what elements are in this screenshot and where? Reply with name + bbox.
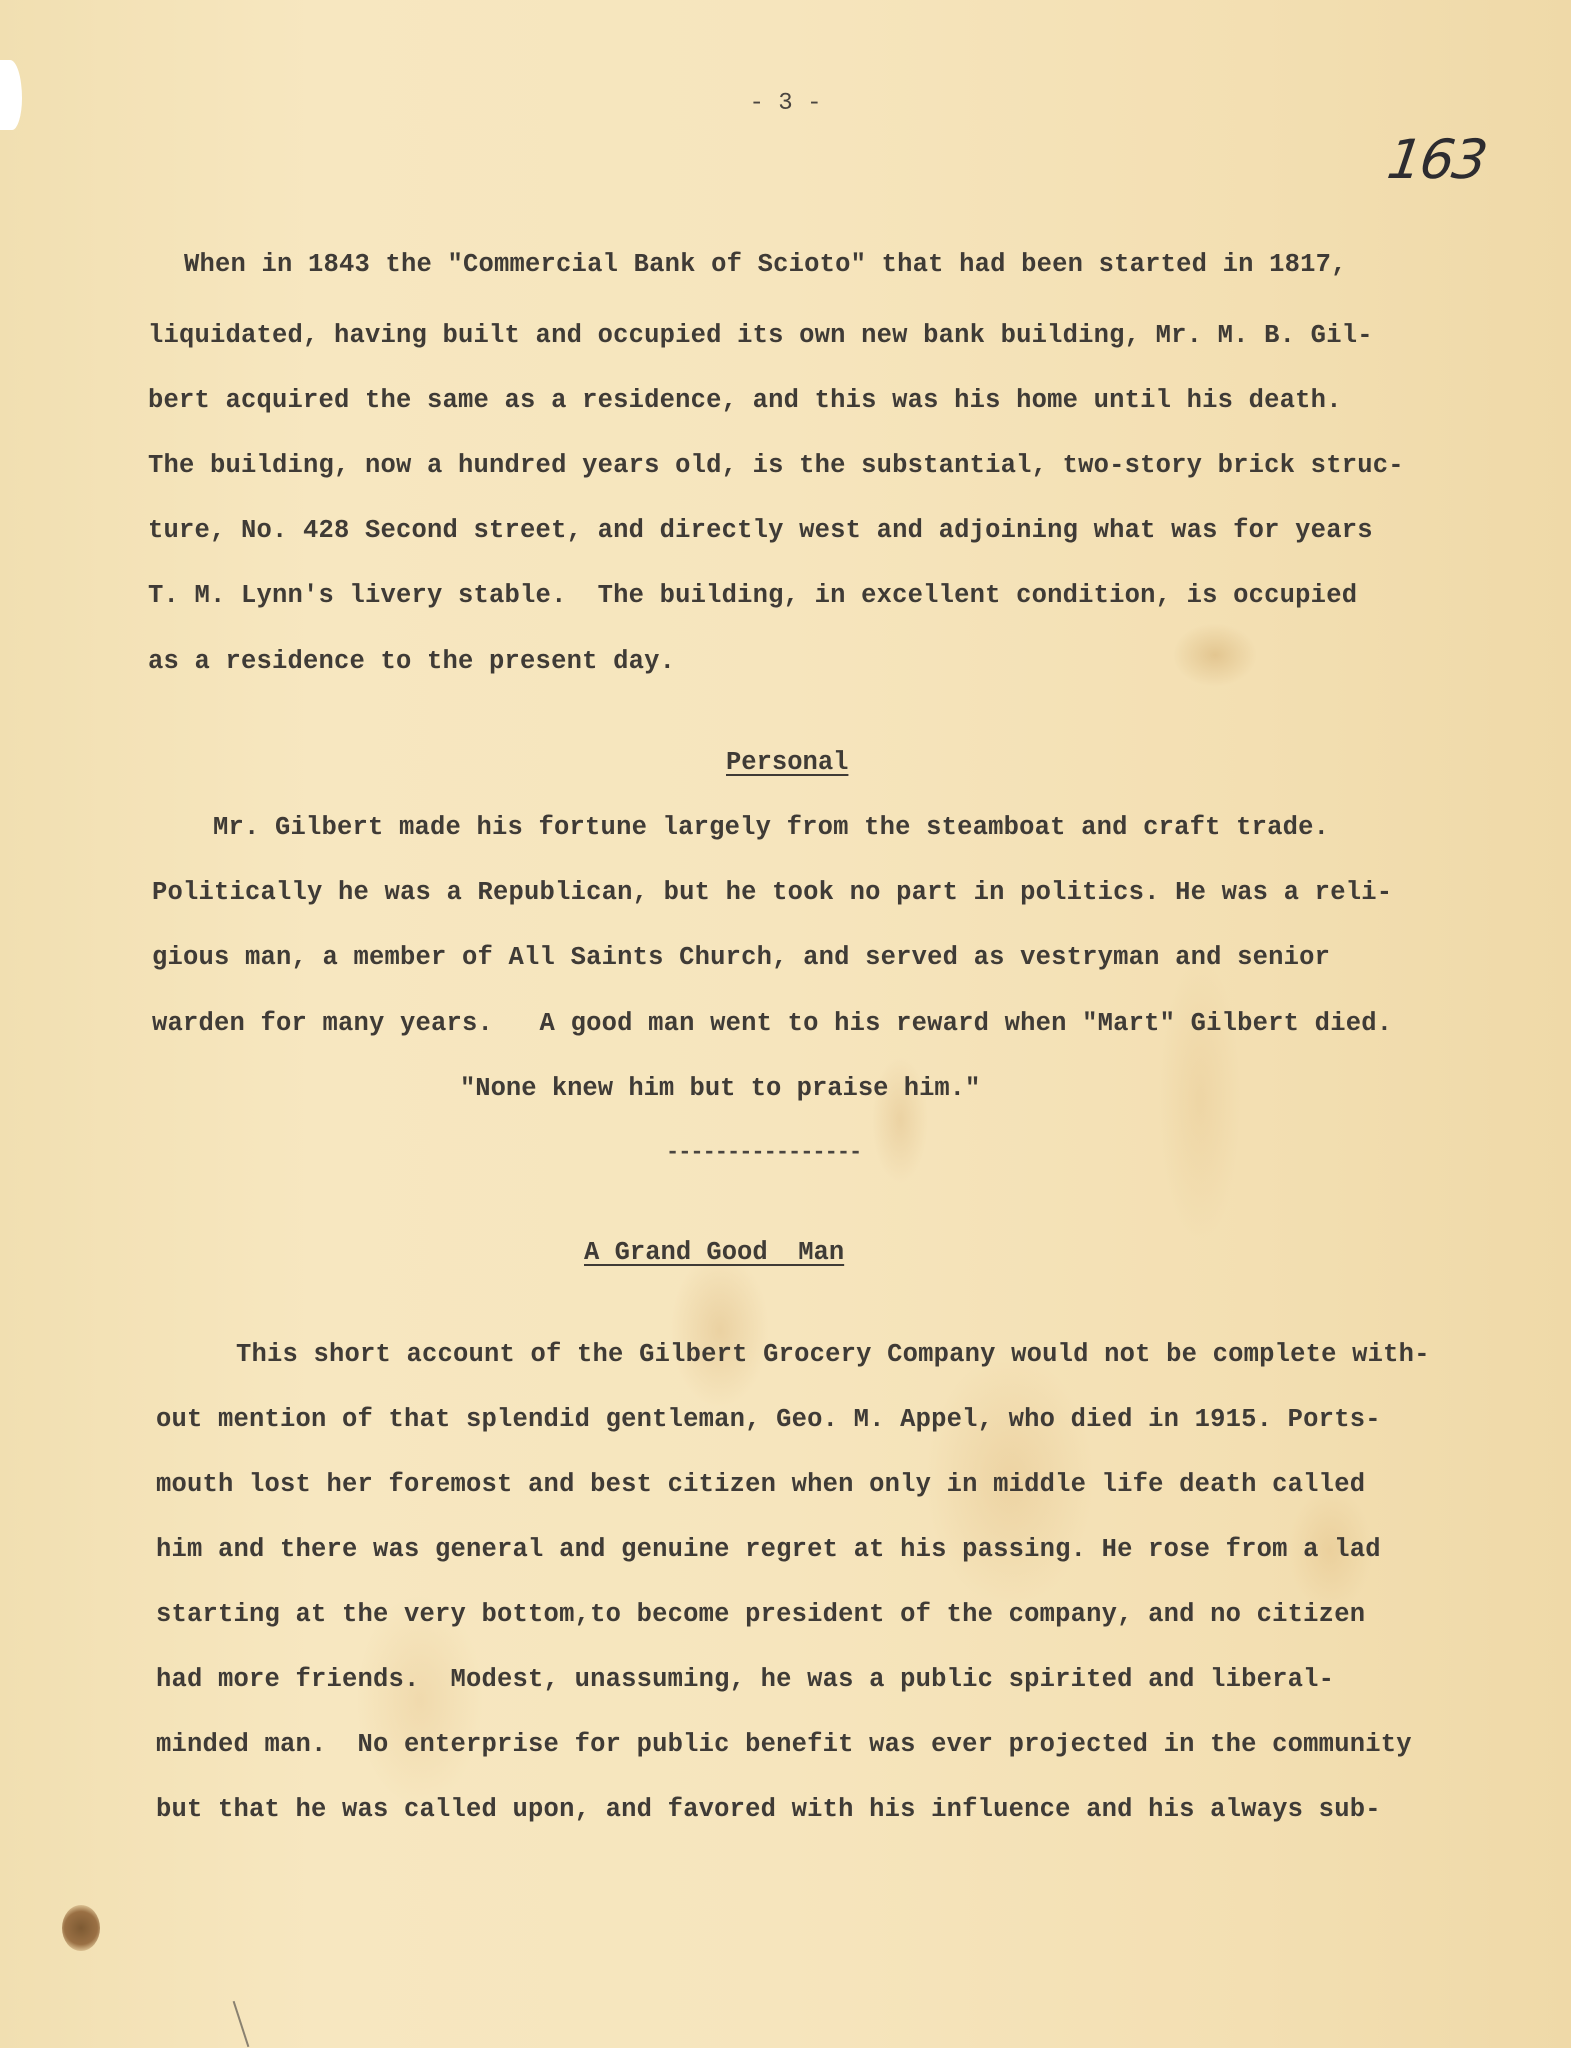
page-number: - 3 -	[0, 90, 1571, 117]
ink-stain	[62, 1905, 100, 1951]
text-line: out mention of that splendid gentleman, …	[156, 1405, 1381, 1434]
typed-document-page: - 3 - 163 When in 1843 the "Commercial B…	[0, 0, 1571, 2048]
text-line: ture, No. 428 Second street, and directl…	[148, 516, 1373, 545]
text-line: starting at the very bottom,to become pr…	[156, 1600, 1365, 1629]
paper-crease	[233, 2001, 250, 2047]
text-line: mouth lost her foremost and best citizen…	[156, 1470, 1365, 1499]
text-line: liquidated, having built and occupied it…	[148, 321, 1373, 350]
text-line: had more friends. Modest, unassuming, he…	[156, 1665, 1334, 1694]
text-line: Politically he was a Republican, but he …	[152, 878, 1392, 907]
text-line: The building, now a hundred years old, i…	[148, 451, 1404, 480]
text-line: This short account of the Gilbert Grocer…	[236, 1340, 1430, 1369]
text-line: bert acquired the same as a residence, a…	[148, 386, 1342, 415]
section-heading-personal: Personal	[726, 748, 848, 777]
section-heading-grand-good-man: A Grand Good Man	[584, 1238, 844, 1267]
text-line: T. M. Lynn's livery stable. The building…	[148, 581, 1357, 610]
text-line: him and there was general and genuine re…	[156, 1535, 1381, 1564]
section-divider: ----------------	[666, 1140, 861, 1165]
text-line: but that he was called upon, and favored…	[156, 1795, 1381, 1824]
handwritten-folio-number: 163	[1383, 128, 1489, 191]
text-line: Mr. Gilbert made his fortune largely fro…	[213, 813, 1329, 842]
text-line: gious man, a member of All Saints Church…	[152, 943, 1330, 972]
text-line: as a residence to the present day.	[148, 647, 675, 676]
text-line: When in 1843 the "Commercial Bank of Sci…	[184, 250, 1347, 279]
quotation: "None knew him but to praise him."	[460, 1074, 980, 1103]
text-line: warden for many years. A good man went t…	[152, 1009, 1392, 1038]
text-line: minded man. No enterprise for public ben…	[156, 1730, 1412, 1759]
